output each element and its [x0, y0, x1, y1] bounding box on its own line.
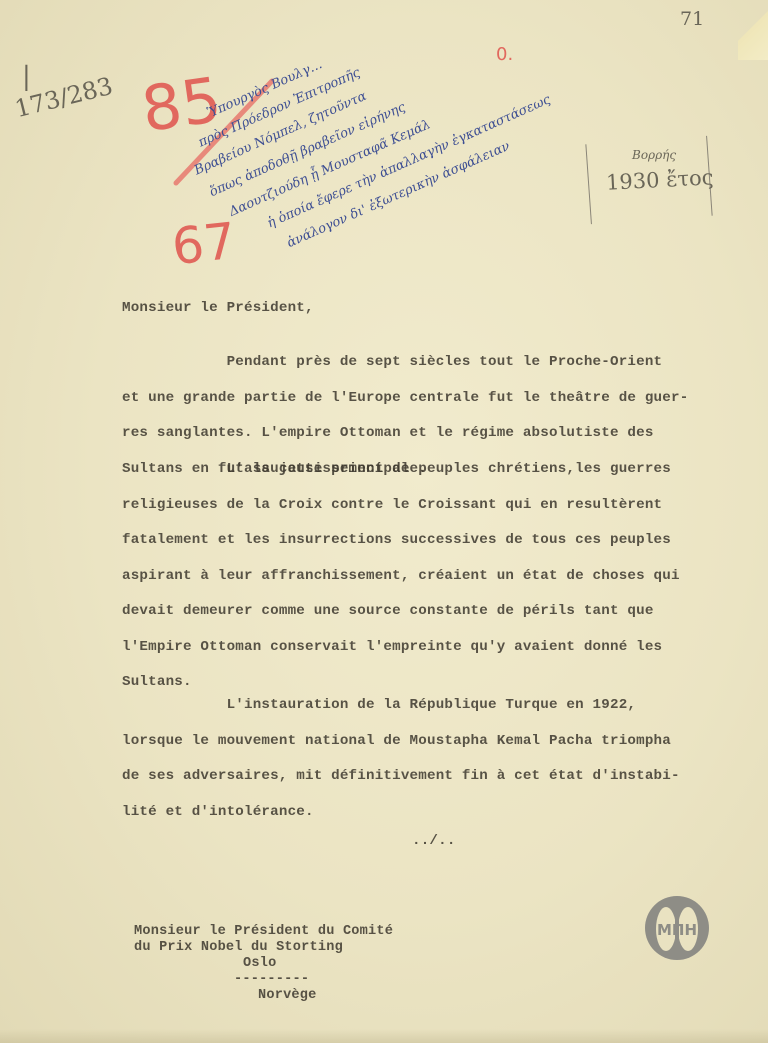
text-line: lité et d'intolérance. — [122, 795, 680, 831]
continuation-mark: ../.. — [412, 833, 456, 849]
pencil-small-note: Βορρής — [632, 148, 676, 162]
addressee-city: Oslo — [243, 956, 502, 972]
text-line: aspirant à leur affranchissement, créaie… — [122, 559, 680, 595]
text-line: L'instauration de la République Turque e… — [122, 688, 680, 724]
salutation: Monsieur le Président, — [122, 300, 314, 316]
text-line: L'assujettissement de peuples chrétiens,… — [122, 452, 680, 488]
archive-stamp-icon: ΜΠΗ — [642, 893, 712, 963]
text-line: religieuses de la Croix contre le Croiss… — [122, 488, 680, 524]
text-line: l'Empire Ottoman conservait l'empreinte … — [122, 630, 680, 666]
paragraph-3: L'instauration de la République Turque e… — [122, 688, 680, 830]
text-line: lorsque le mouvement national de Moustap… — [122, 724, 680, 760]
text-line: Pendant près de sept siècles tout le Pro… — [122, 345, 688, 381]
text-line: fatalement et les insurrections successi… — [122, 523, 680, 559]
document-page: 71 | 173/283 85 67 0. Ὑπουργὸς Βουλγ… πρ… — [0, 0, 768, 1043]
addressee-country: Norvège — [258, 988, 517, 1004]
red-mark-small: 0. — [496, 44, 513, 65]
text-line: et une grande partie de l'Europe central… — [122, 381, 688, 417]
addressee-separator: --------- — [234, 972, 493, 988]
page-number: 71 — [680, 8, 704, 30]
addressee-line-1: Monsieur le Président du Comité — [134, 924, 393, 940]
paragraph-2: L'assujettissement de peuples chrétiens,… — [122, 452, 680, 701]
text-line: devait demeurer comme une source constan… — [122, 594, 680, 630]
red-mark-lower: 67 — [169, 212, 238, 276]
archive-line-mark: | — [22, 62, 31, 92]
page-edge-shadow — [0, 1029, 768, 1043]
addressee-block: Monsieur le Président du Comité du Prix … — [134, 924, 393, 1004]
text-line: de ses adversaires, mit définitivement f… — [122, 759, 680, 795]
folded-corner — [738, 0, 768, 60]
stamp-text: ΜΠΗ — [657, 921, 697, 939]
text-line: res sanglantes. L'empire Ottoman et le r… — [122, 416, 688, 452]
addressee-line-2: du Prix Nobel du Storting — [134, 940, 393, 956]
